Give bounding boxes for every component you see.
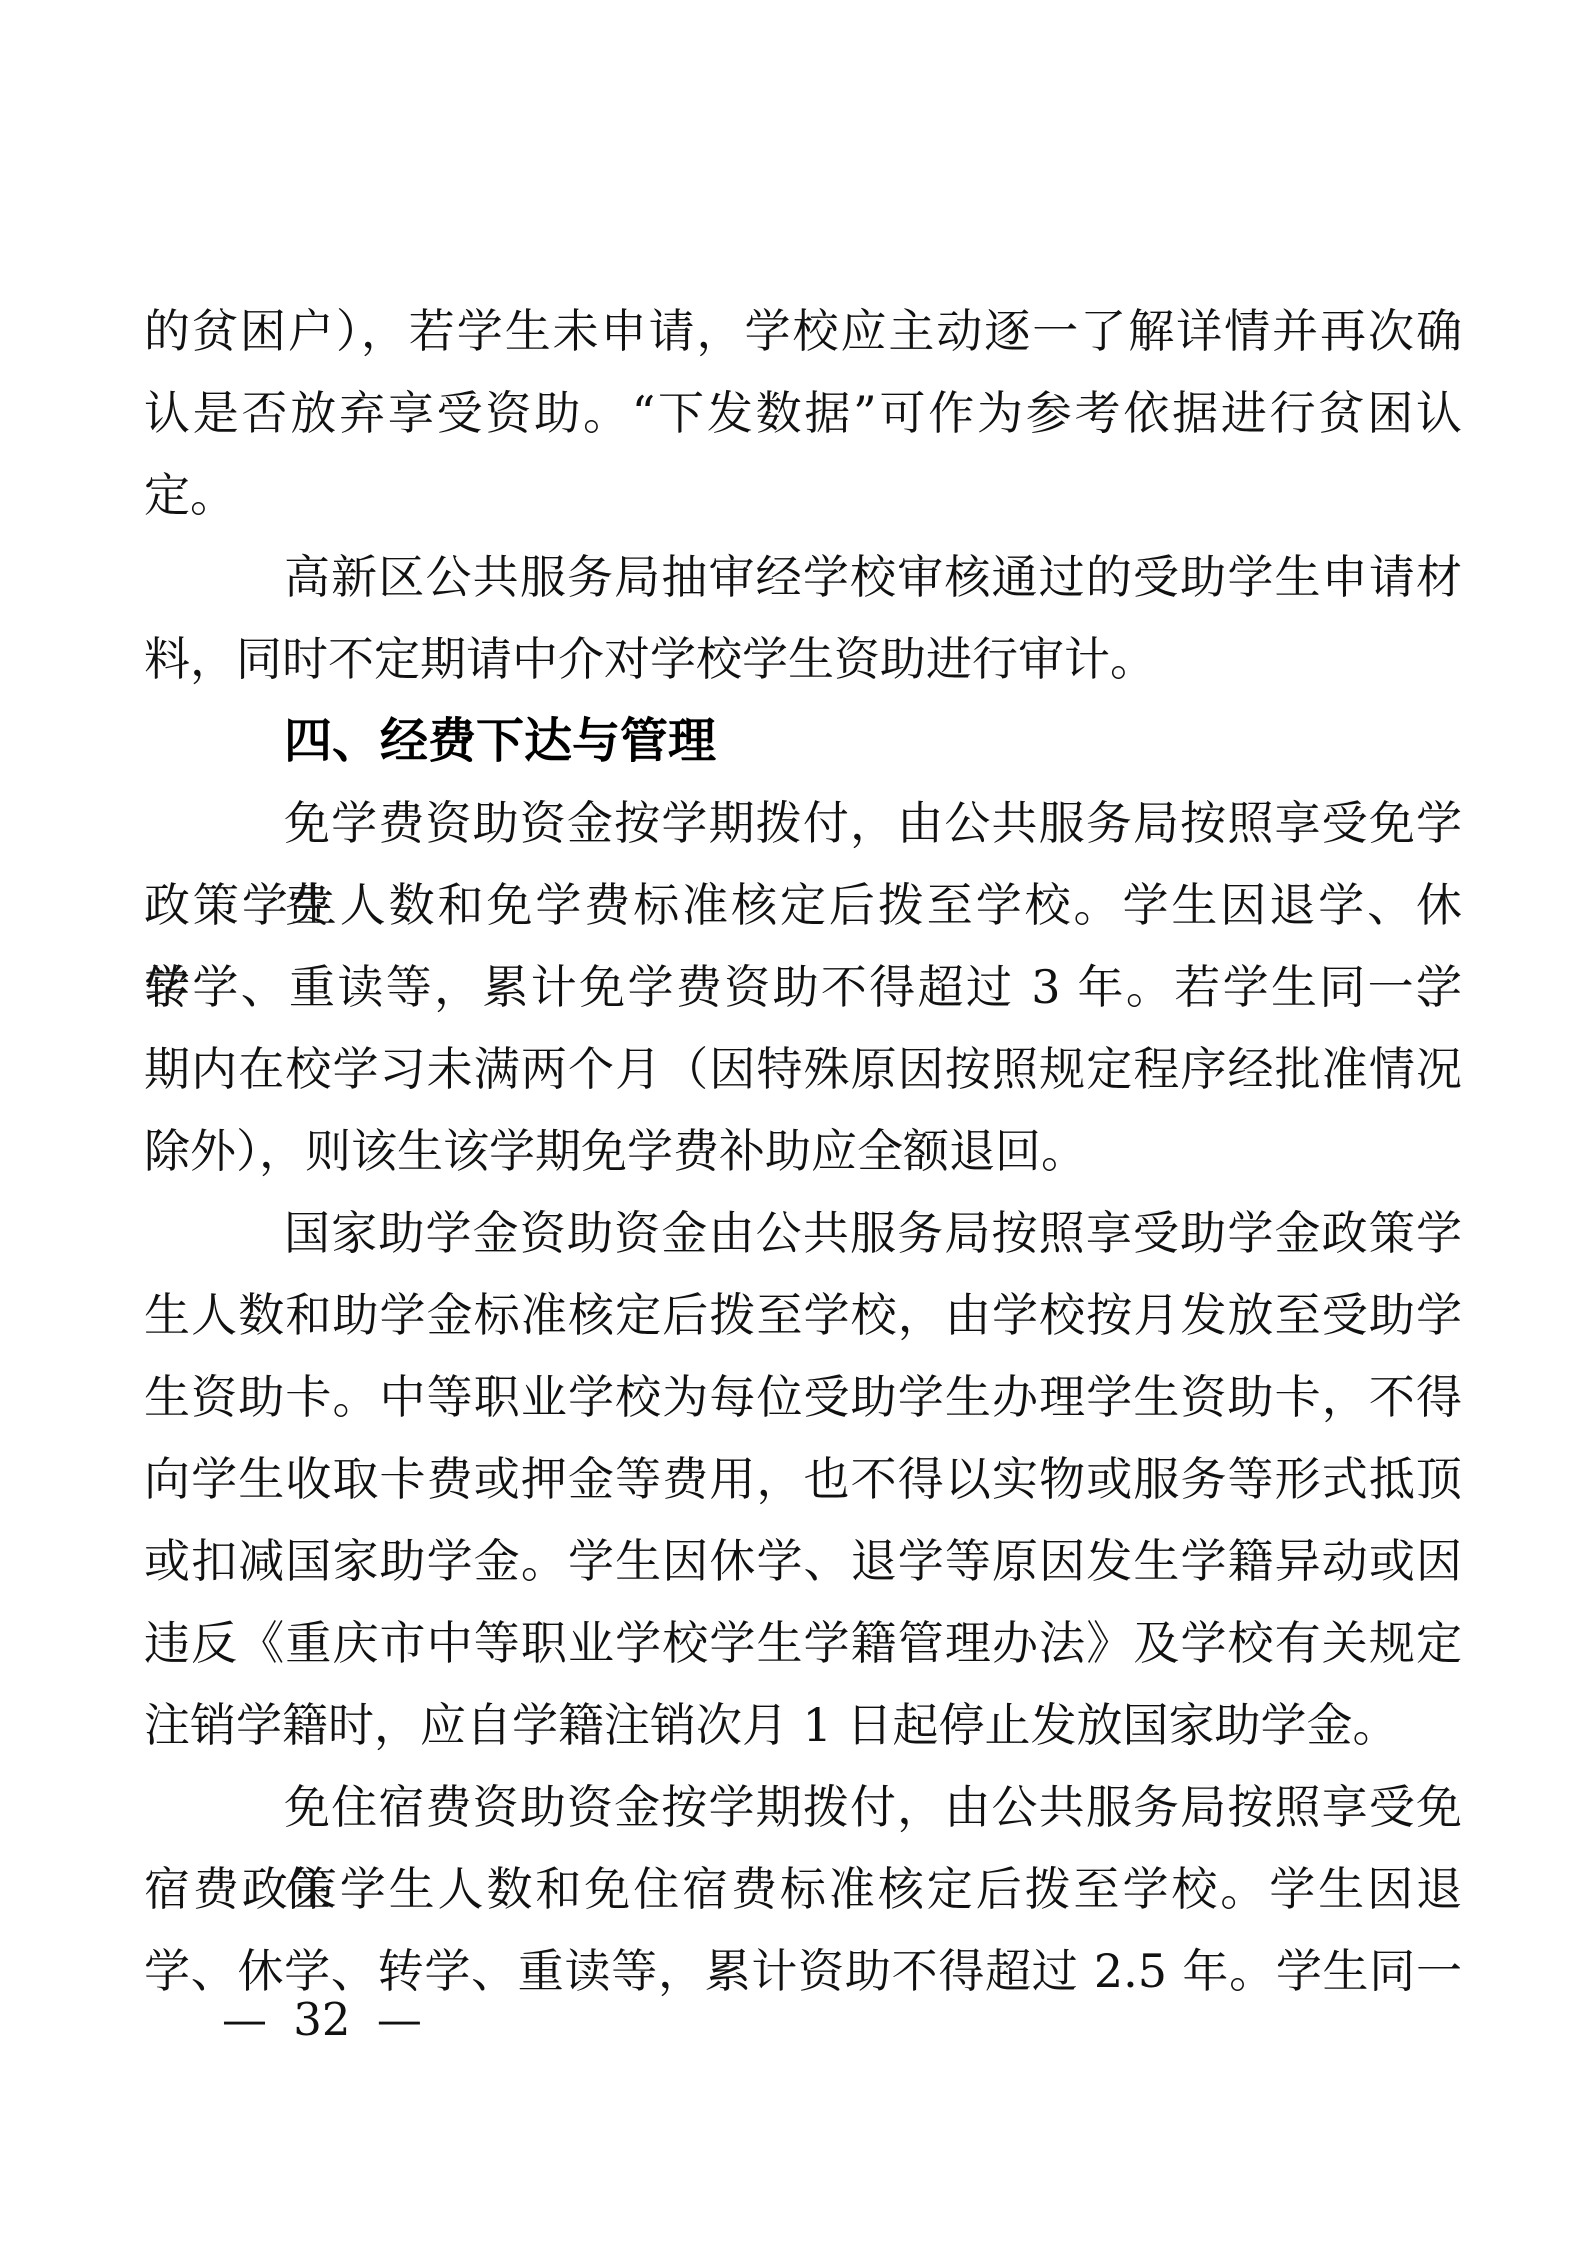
document-page: 的贫困户），若学生未申请，学校应主动逐一了解详情并再次确认是否放弃享受资助。“下… xyxy=(0,0,1587,2245)
text-line: 或扣减国家助学金。学生因休学、退学等原因发生学籍异动或因 xyxy=(144,1520,1462,1602)
body-text-block: 的贫困户），若学生未申请，学校应主动逐一了解详情并再次确认是否放弃享受资助。“下… xyxy=(144,290,1462,2012)
text-line: 高新区公共服务局抽审经学校审核通过的受助学生申请材 xyxy=(144,536,1462,618)
text-line: 免住宿费资助资金按学期拨付，由公共服务局按照享受免住 xyxy=(144,1766,1462,1848)
text-line: 除外），则该生该学期免学费补助应全额退回。 xyxy=(144,1110,1462,1192)
text-line: 转学、重读等，累计免学费资助不得超过 3 年。若学生同一学 xyxy=(144,946,1462,1028)
text-line: 期内在校学习未满两个月（因特殊原因按照规定程序经批准情况 xyxy=(144,1028,1462,1110)
text-line: 宿费政策学生人数和免住宿费标准核定后拨至学校。学生因退 xyxy=(144,1848,1462,1930)
text-line: 政策学生人数和免学费标准核定后拨至学校。学生因退学、休学、 xyxy=(144,864,1462,946)
text-line: 的贫困户），若学生未申请，学校应主动逐一了解详情并再次确 xyxy=(144,290,1462,372)
section-heading: 四、经费下达与管理 xyxy=(144,700,1462,782)
text-line: 向学生收取卡费或押金等费用，也不得以实物或服务等形式抵顶 xyxy=(144,1438,1462,1520)
text-line: 注销学籍时，应自学籍注销次月 1 日起停止发放国家助学金。 xyxy=(144,1684,1462,1766)
text-line: 定。 xyxy=(144,454,1462,536)
text-line: 免学费资助资金按学期拨付，由公共服务局按照享受免学费 xyxy=(144,782,1462,864)
text-line: 料，同时不定期请中介对学校学生资助进行审计。 xyxy=(144,618,1462,700)
text-line: 生资助卡。中等职业学校为每位受助学生办理学生资助卡，不得 xyxy=(144,1356,1462,1438)
text-line: 生人数和助学金标准核定后拨至学校，由学校按月发放至受助学 xyxy=(144,1274,1462,1356)
text-line: 违反《重庆市中等职业学校学生学籍管理办法》及学校有关规定 xyxy=(144,1602,1462,1684)
text-line: 认是否放弃享受资助。“下发数据”可作为参考依据进行贫困认 xyxy=(144,372,1462,454)
page-number: — 32 — xyxy=(222,1995,422,2045)
text-line: 国家助学金资助资金由公共服务局按照享受助学金政策学 xyxy=(144,1192,1462,1274)
